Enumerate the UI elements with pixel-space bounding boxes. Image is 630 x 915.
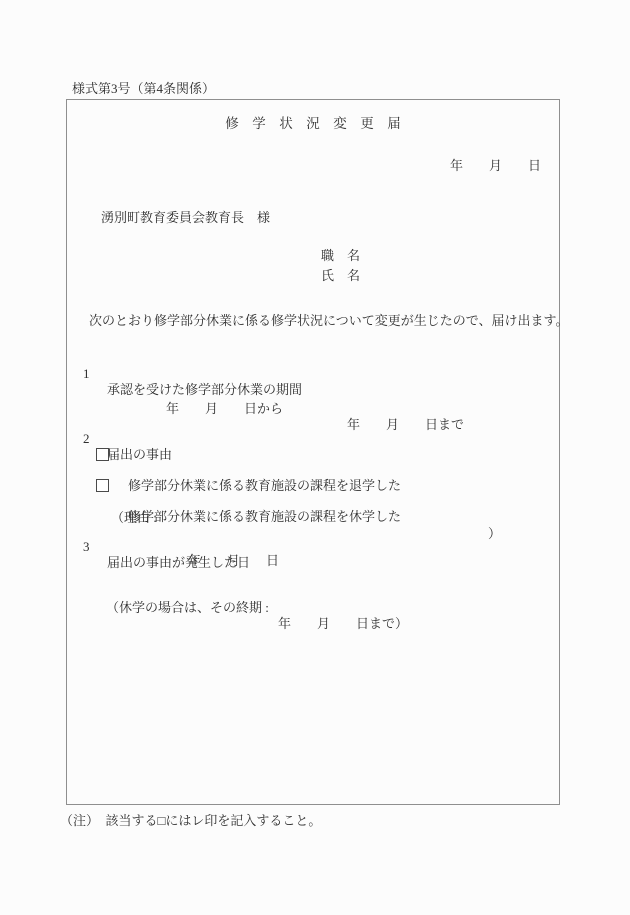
submission-date-line: 年 月 日 xyxy=(450,158,541,174)
form-number-label: 様式第3号（第4条関係） xyxy=(72,78,215,97)
section1-heading: 承認を受けた修学部分休業の期間 xyxy=(107,382,302,398)
form-title: 修 学 状 況 変 更 届 xyxy=(67,116,559,132)
section3-number: 3 xyxy=(83,539,90,555)
signer-name-label: 氏 名 xyxy=(321,268,360,284)
suspension-end-date: 年 月 日まで） xyxy=(278,616,408,632)
leave-checkbox[interactable] xyxy=(96,479,109,492)
footnote: （注） 該当する□にはレ印を記入すること。 xyxy=(60,810,321,829)
form-border-box: 修 学 状 況 変 更 届 年 月 日 湧別町教育委員会教育長 様 職 名 氏 … xyxy=(66,99,560,805)
signer-position-label: 職 名 xyxy=(321,248,360,264)
period-to-date: 年 月 日まで xyxy=(347,417,464,433)
document-page: 様式第3号（第4条関係） 修 学 状 況 変 更 届 年 月 日 湧別町教育委員… xyxy=(0,0,630,915)
reason-open-label: （理由 : xyxy=(111,510,157,526)
suspension-open-label: （休学の場合は、その終期 : xyxy=(106,600,269,616)
section2-heading: 届出の事由 xyxy=(107,447,172,463)
section2-number: 2 xyxy=(83,431,90,447)
leave-option-label: 修学部分休業に係る教育施設の課程を休学した xyxy=(128,509,401,525)
withdrawal-option-label: 修学部分休業に係る教育施設の課程を退学した xyxy=(128,478,401,494)
withdrawal-checkbox[interactable] xyxy=(96,448,109,461)
section1-number: 1 xyxy=(83,366,90,382)
section3-heading-row: 3 届出の事由が発生した日 xyxy=(67,523,87,587)
form-body-text: 次のとおり修学部分休業に係る修学状況について変更が生じたので、届け出ます。 xyxy=(89,313,568,329)
suspension-end-row: （休学の場合は、その終期 : 年 月 日まで） xyxy=(67,584,87,648)
period-from-date: 年 月 日から xyxy=(166,401,283,417)
occurrence-date-line: 年 月 日 xyxy=(188,553,279,569)
reason-close-label: ） xyxy=(488,526,501,542)
addressee: 湧別町教育委員会教育長 様 xyxy=(101,210,270,226)
